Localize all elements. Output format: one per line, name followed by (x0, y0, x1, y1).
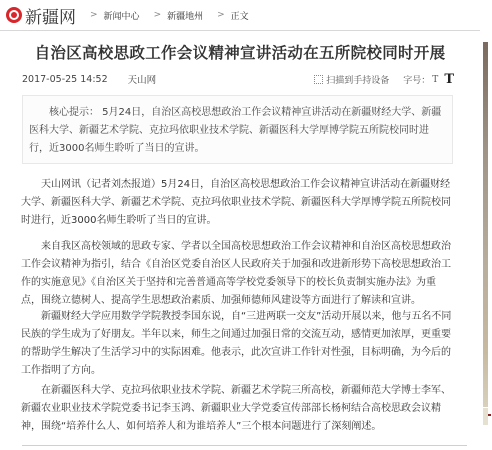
scan-to-device-link[interactable]: 扫描到手持设备 (326, 73, 389, 86)
breadcrumb-news-center[interactable]: 新闻中心 (104, 9, 140, 22)
font-size-large-button[interactable]: T (444, 72, 454, 87)
article-meta: 2017-05-25 14:52 天山网 扫描到手持设备 字号： T T (22, 72, 462, 86)
sidebar-marker (488, 414, 491, 416)
article-paragraph: 在新疆医科大学、克拉玛依职业技术学院、新疆艺术学院三所高校，新疆师范大学博士李军… (21, 382, 453, 436)
breadcrumb: > 新闻中心 > 新疆地州 > 正文 (86, 9, 259, 22)
qr-code-icon[interactable] (314, 75, 323, 84)
breadcrumb-current: 正文 (231, 9, 249, 22)
article-tools: 扫描到手持设备 字号： T T (314, 72, 454, 87)
logo-icon (6, 7, 22, 23)
chevron-right-icon: > (154, 10, 162, 20)
paragraph-text: 天山网讯（记者刘杰报道）5月24日，自治区高校思想政治工作会议精神宣讲活动在新疆… (21, 176, 453, 230)
site-logo[interactable]: 新疆网 (6, 3, 76, 28)
chevron-right-icon: > (90, 10, 98, 20)
paragraph-text: 新疆财经大学应用数学学院教授李国东说，自“三进两联一交友”活动开展以来，他与五名… (21, 308, 453, 380)
article-paragraph: 新疆财经大学应用数学学院教授李国东说，自“三进两联一交友”活动开展以来，他与五名… (21, 308, 453, 380)
sidebar-ad-image[interactable] (483, 42, 488, 407)
paragraph-text: 来自我区高校领域的思政专家、学者以全国高校思想政治工作会议精神和自治区高校思想政… (21, 238, 453, 310)
logo-text: 新疆网 (25, 3, 76, 28)
publish-date: 2017-05-25 14:52 (22, 74, 108, 85)
article-source[interactable]: 天山网 (128, 72, 157, 86)
breadcrumb-xinjiang-regions[interactable]: 新疆地州 (167, 9, 203, 22)
sidebar-ad-image-bottom[interactable] (483, 408, 488, 425)
article-paragraph: 天山网讯（记者刘杰报道）5月24日，自治区高校思想政治工作会议精神宣讲活动在新疆… (21, 176, 453, 230)
article-title: 自治区高校思政工作会议精神宣讲活动在五所院校同时开展 (0, 41, 480, 63)
top-nav-bar: 新疆网 > 新闻中心 > 新疆地州 > 正文 (0, 0, 480, 31)
article-paragraph: 来自我区高校领域的思政专家、学者以全国高校思想政治工作会议精神和自治区高校思想政… (21, 238, 453, 310)
font-size-label: 字号： (403, 73, 430, 86)
paragraph-text: 在新疆医科大学、克拉玛依职业技术学院、新疆艺术学院三所高校，新疆师范大学博士李军… (21, 382, 453, 436)
font-size-small-button[interactable]: T (432, 75, 438, 85)
divider (22, 445, 467, 446)
chevron-right-icon: > (217, 10, 225, 20)
article-summary: 核心提示： 5月24日，自治区高校思想政治工作会议精神宣讲活动在新疆财经大学、新… (22, 95, 453, 164)
